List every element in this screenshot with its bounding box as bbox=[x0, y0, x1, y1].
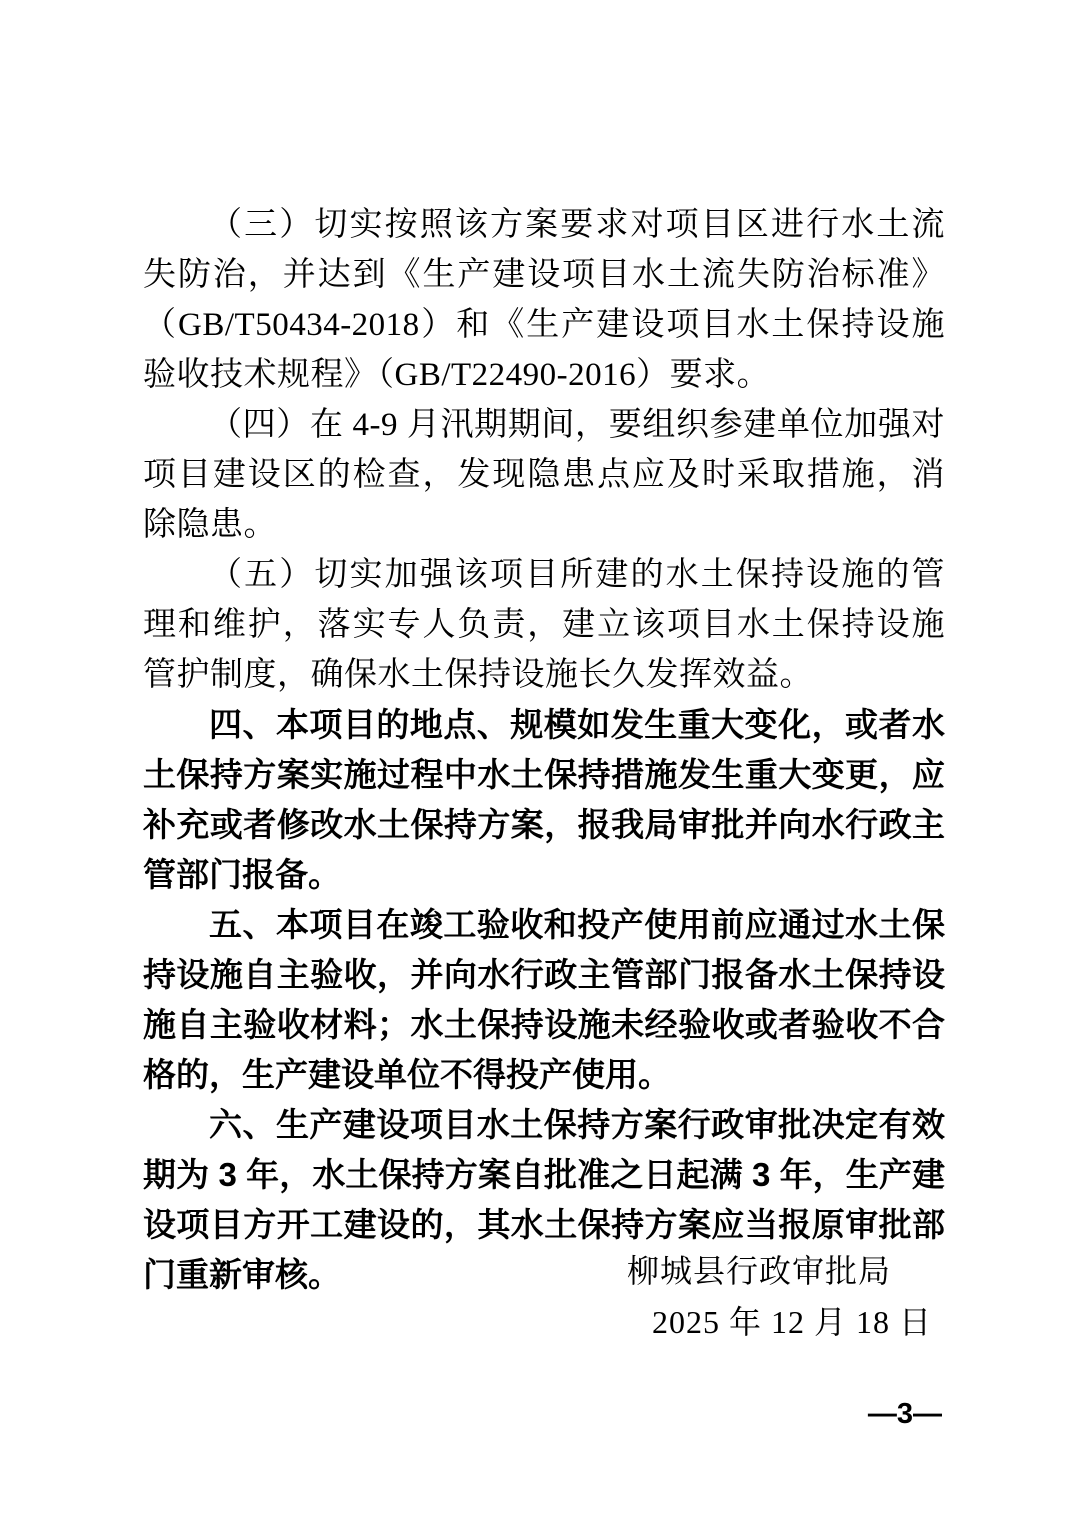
page-number: —3— bbox=[868, 1397, 942, 1431]
document-body: （三）切实按照该方案要求对项目区进行水土流失防治，并达到《生产建设项目水土流失防… bbox=[143, 200, 945, 1300]
signature-issuer: 柳城县行政审批局 bbox=[627, 1251, 891, 1291]
paragraph-sub-item-5: （五）切实加强该项目所建的水土保持设施的管理和维护，落实专人负责，建立该项目水土… bbox=[143, 550, 945, 700]
paragraph-sub-item-3: （三）切实按照该方案要求对项目区进行水土流失防治，并达到《生产建设项目水土流失防… bbox=[143, 200, 945, 400]
paragraph-sub-item-4: （四）在 4-9 月汛期期间，要组织参建单位加强对项目建设区的检查，发现隐患点应… bbox=[143, 400, 945, 550]
signature-date: 2025 年 12 月 18 日 bbox=[652, 1302, 932, 1342]
paragraph-section-5: 五、本项目在竣工验收和投产使用前应通过水土保持设施自主验收，并向水行政主管部门报… bbox=[143, 900, 945, 1100]
paragraph-section-4: 四、本项目的地点、规模如发生重大变化，或者水土保持方案实施过程中水土保持措施发生… bbox=[143, 700, 945, 900]
document-page: （三）切实按照该方案要求对项目区进行水土流失防治，并达到《生产建设项目水土流失防… bbox=[0, 0, 1074, 1520]
